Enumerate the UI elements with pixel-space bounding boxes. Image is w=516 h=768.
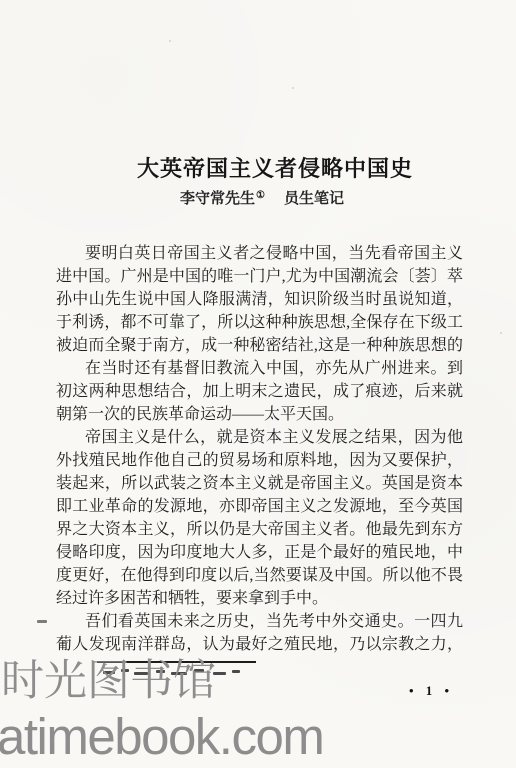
text-line: 朝第一次的民族革命运动——太平天国。: [56, 403, 463, 426]
text-line: 即工业革命的发源地，亦即帝国主义之发源地，至今英国仍是世: [56, 495, 463, 518]
text-line: 进中国。广州是中国的唯一门户,尤为中国潮流会〔荟〕萃之地，: [56, 265, 463, 288]
text-line: 被迫而全聚于南方，成一种秘密结社,这是一种种族思想的潮流。: [56, 334, 463, 357]
text-line: 于利诱，都不可靠了，所以这种种族思想,全保存在下级工农界，: [56, 311, 463, 334]
scan-speck: [169, 40, 171, 42]
footnote-marker: ①: [256, 190, 265, 201]
page-number: • 1 •: [409, 683, 449, 699]
byline-note: 员生笔记: [284, 191, 344, 207]
body-text: 要明白英日帝国主义者之侵略中国，当先看帝国主义者如何进中国。广州是中国的唯一门户…: [56, 242, 463, 656]
text-line: 外找殖民地作他自己的贸易场和原料地，因为又要保护，便要武: [56, 449, 463, 472]
scan-speck: [292, 87, 294, 89]
scan-speck: [78, 520, 80, 522]
watermark-library-name: 时光图书馆: [1, 657, 216, 705]
text-line: 在当时还有基督旧教流入中国，亦先从广州进来。到请〔清〕: [56, 357, 463, 380]
text-line: 要明白英日帝国主义者之侵略中国，当先看帝国主义者如何: [56, 242, 463, 265]
text-line: 经过许多困苦和牺牲，要来拿到手中。: [56, 587, 463, 610]
text-line: 装起来，所以武装之资本主义就是帝国主义。英国是资本主义，: [56, 472, 463, 495]
scan-speck: [500, 332, 502, 334]
scan-speck: [449, 258, 451, 260]
text-line: 帝国主义是什么，就是资本主义发展之结果，因为他要向海: [56, 426, 463, 449]
byline-author: 李守常先生: [180, 191, 255, 207]
text-line: 侵略印度，因为印度地大人多，正是个最好的殖民地，中国较印: [56, 541, 463, 564]
text-line: 初这两种思想结合，加上明末之遗民，成了痕迹，后来就造成清: [56, 380, 463, 403]
byline: 李守常先生①员生笔记: [180, 187, 344, 208]
scanned-page: 大英帝国主义者侵略中国史 李守常先生①员生笔记 要明白英日帝国主义者之侵略中国，…: [0, 0, 516, 768]
watermark-site-url: atimebook.com: [0, 709, 323, 765]
text-line: 孙中山先生说中国人降服满清，知识阶级当时虽说知道，但是被: [56, 288, 463, 311]
page-title: 大英帝国主义者侵略中国史: [137, 152, 413, 183]
text-line: 吾们看英国未来之历史，当先考中外交通史。一四九七年，: [56, 610, 463, 633]
text-line: 葡人发现南洋群岛，认为最好之殖民地，乃以宗教之力，先宣传: [56, 633, 463, 656]
text-line: 界之大资本主义，所以仍是大帝国主义者。他最先到东方时，先: [56, 518, 463, 541]
margin-ink-mark: [37, 620, 47, 623]
text-line: 度更好，在他得到印度以后,当然要谋及中国。所以他不畏艰难，: [56, 564, 463, 587]
